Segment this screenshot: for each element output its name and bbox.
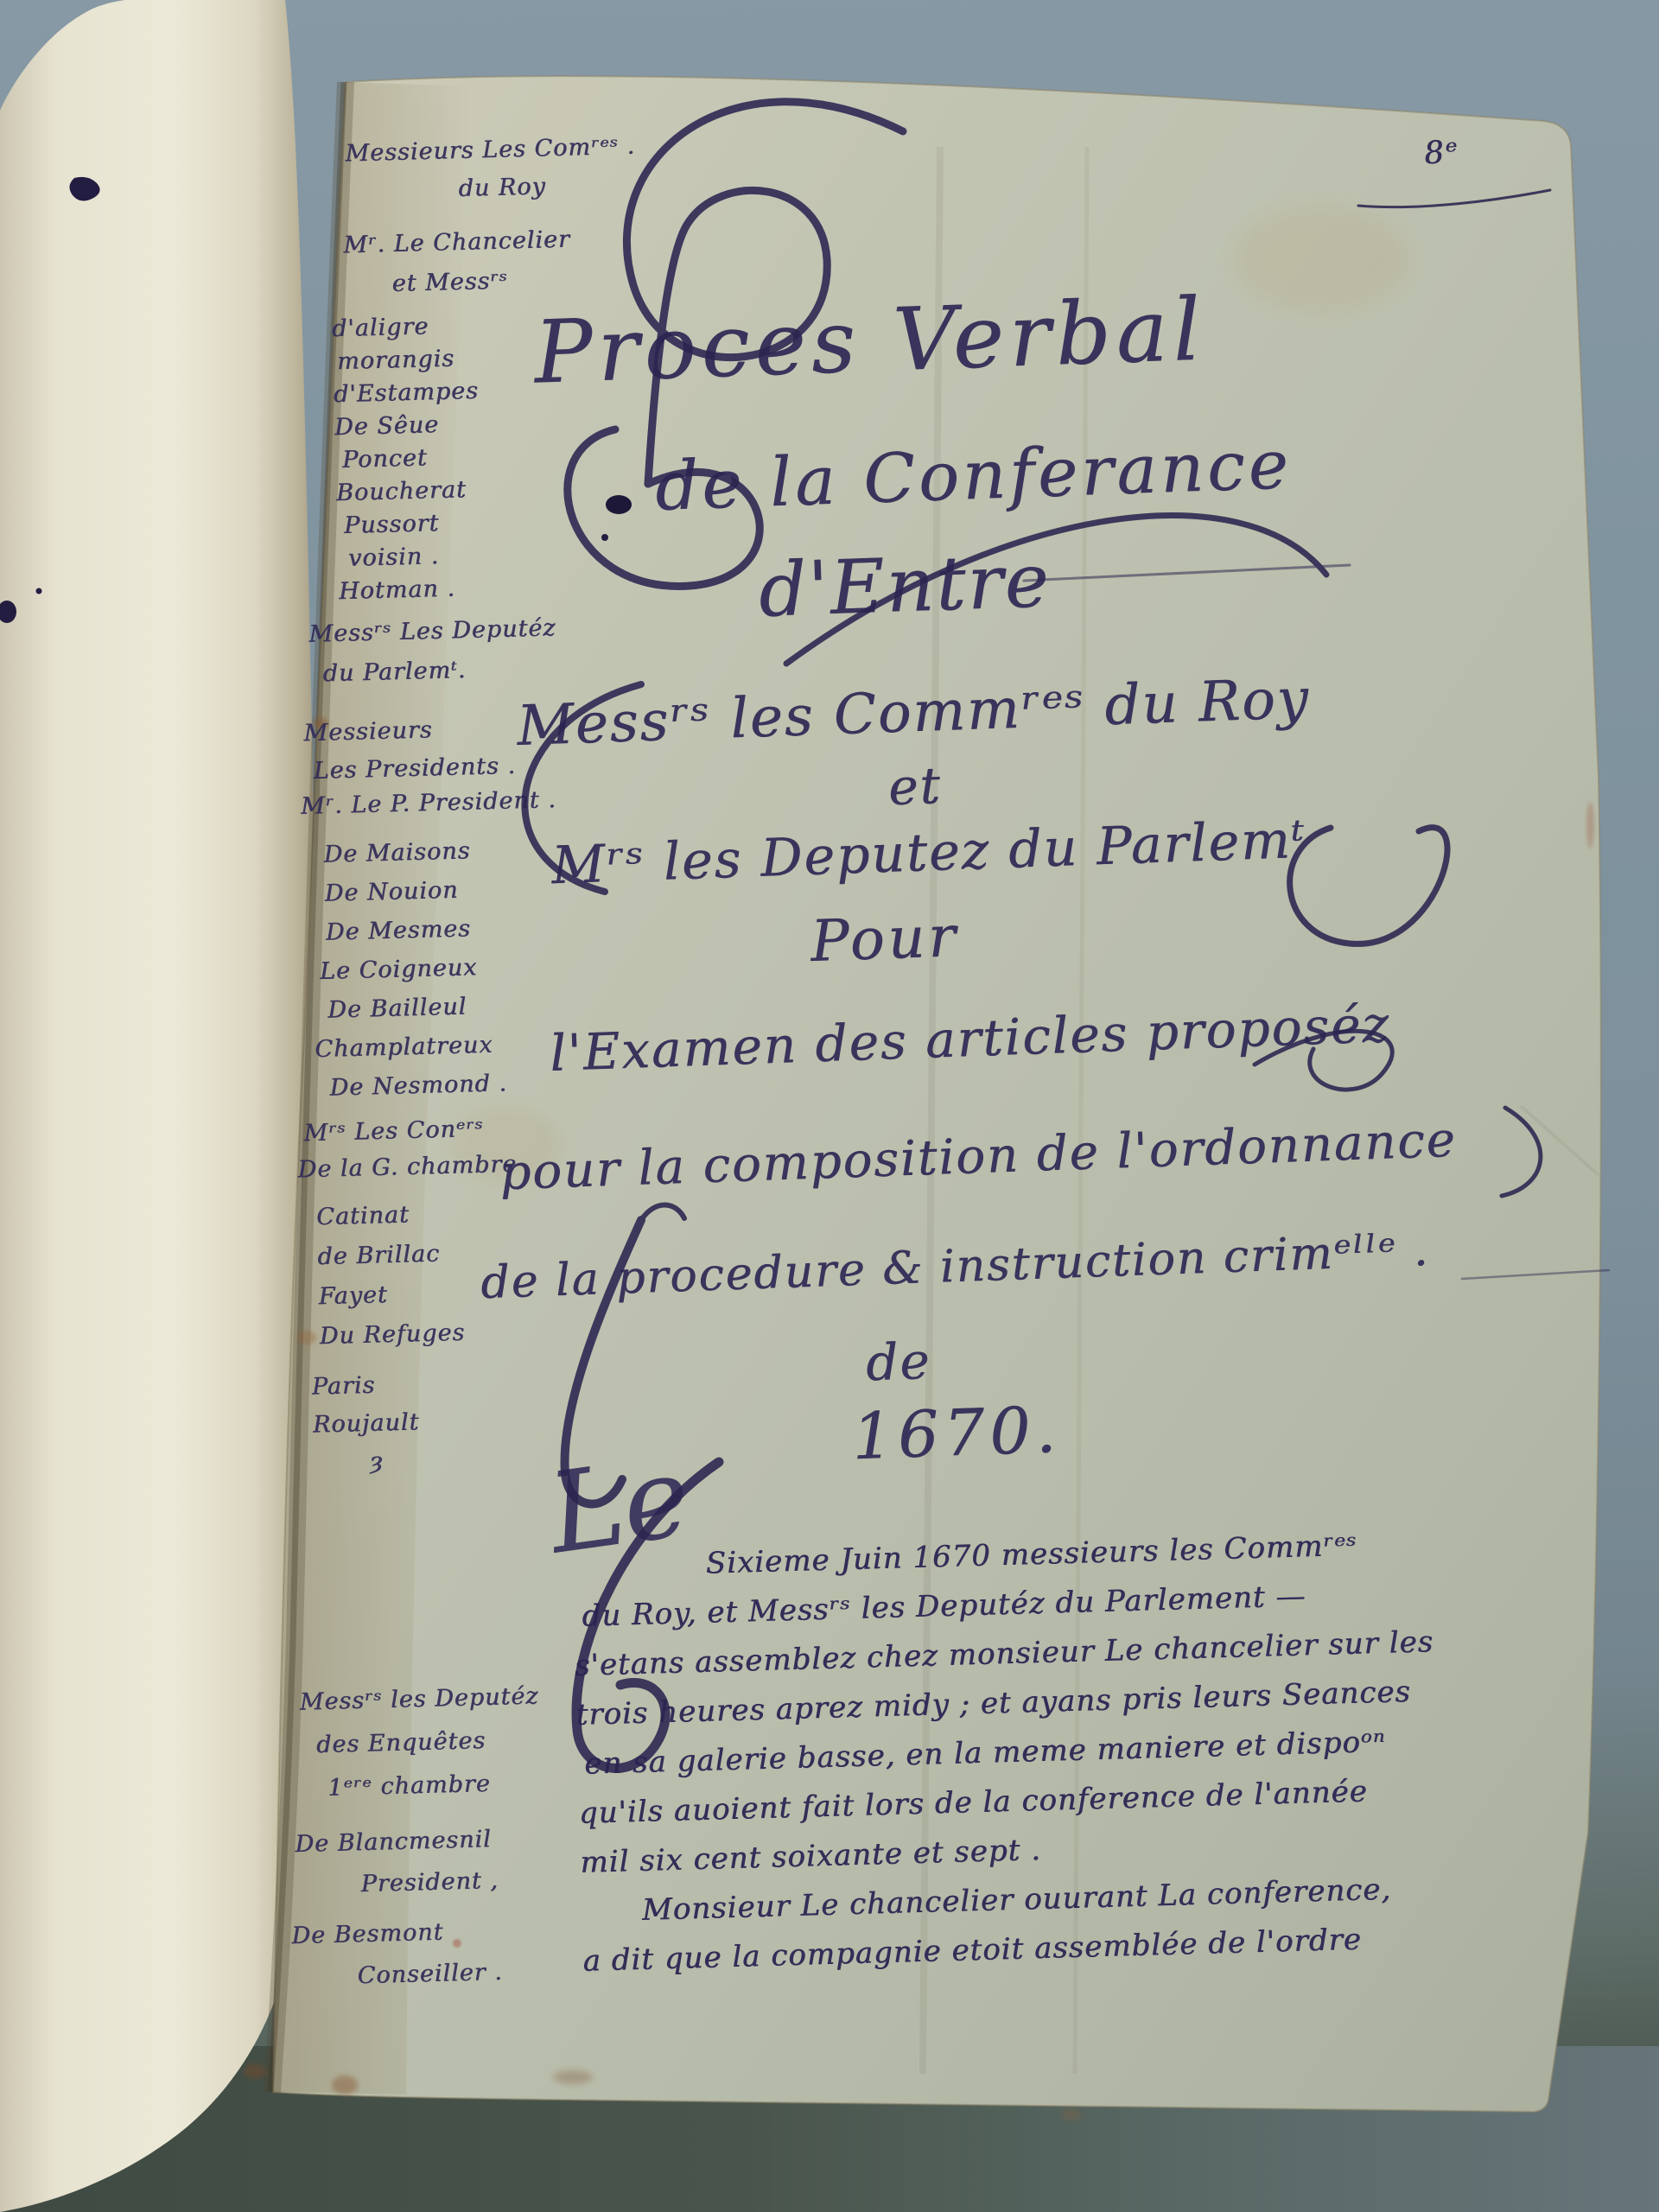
ink-blot (69, 177, 99, 201)
flourish-grand-descender-hook (641, 1205, 684, 1221)
manuscript-photo: Messieurs Les Comʳᵉˢ . du Roy Mʳ. Le Cha… (0, 0, 1659, 2212)
flourish-capital-m (524, 684, 641, 892)
flourish-rule (1024, 565, 1350, 581)
flourish-capital-p (626, 102, 903, 484)
ink-dot (36, 588, 42, 594)
flourish-parlement-loop (1290, 828, 1447, 944)
flourish-grand-descender (565, 1220, 641, 1504)
flourish-capital-l (576, 1462, 719, 1768)
page-number-underline (1358, 190, 1550, 207)
ink-dot (601, 534, 608, 541)
flourish-capital-p-spiral (568, 429, 760, 586)
ink-flourishes (0, 0, 1659, 2212)
ink-blot-title (606, 495, 632, 514)
ink-blot-edge (0, 601, 16, 623)
flourish-trailing-rule (1462, 1270, 1609, 1279)
flourish-ordonnance-tail (1502, 1108, 1541, 1196)
flourish-proposez-tail (1255, 1031, 1392, 1090)
flourish-over-swash (786, 516, 1326, 664)
